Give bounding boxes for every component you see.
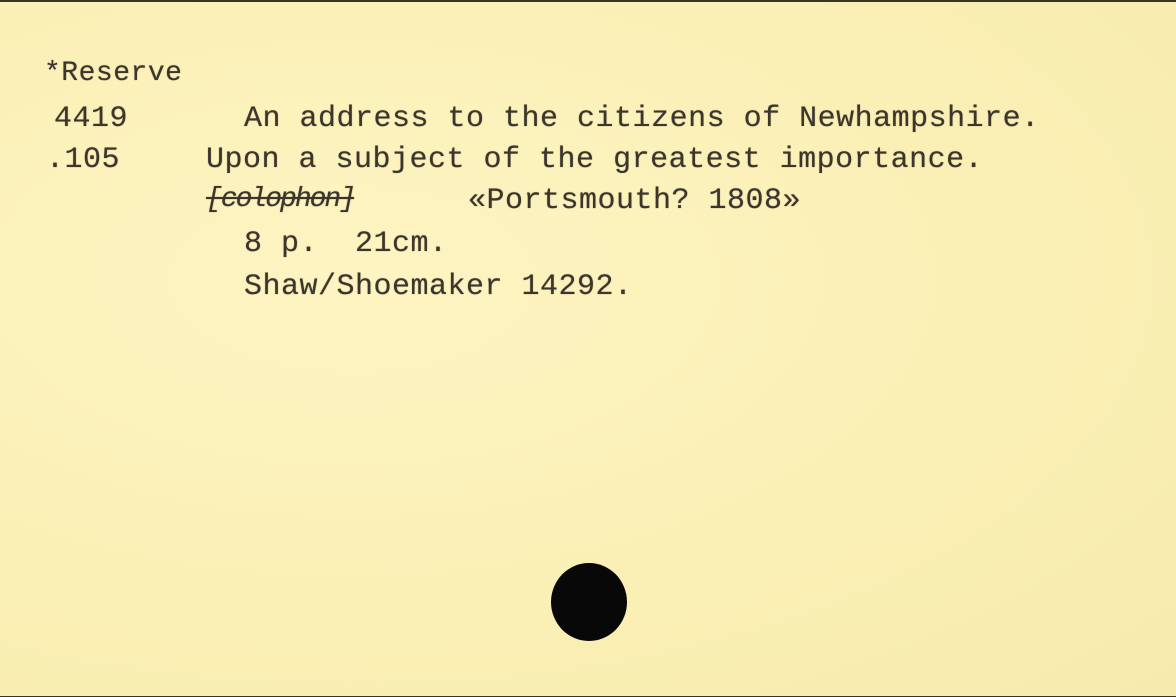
punch-hole-icon [551, 563, 627, 641]
location-label: *Reserve [44, 58, 182, 89]
catalog-card: *Reserve 4419 .105 An address to the cit… [0, 2, 1176, 696]
imprint: «Portsmouth? 1808» [468, 184, 801, 218]
title-line-1: An address to the citizens of Newhampshi… [244, 102, 1040, 136]
call-number-line-1: 4419 [54, 102, 128, 136]
struck-out-text: [colophon] [206, 184, 354, 215]
title-line-2: Upon a subject of the greatest importanc… [206, 143, 983, 177]
bibliographic-reference: Shaw/Shoemaker 14292. [244, 270, 633, 304]
collation: 8 p. 21cm. [244, 227, 448, 261]
call-number-line-2: .105 [46, 143, 120, 177]
